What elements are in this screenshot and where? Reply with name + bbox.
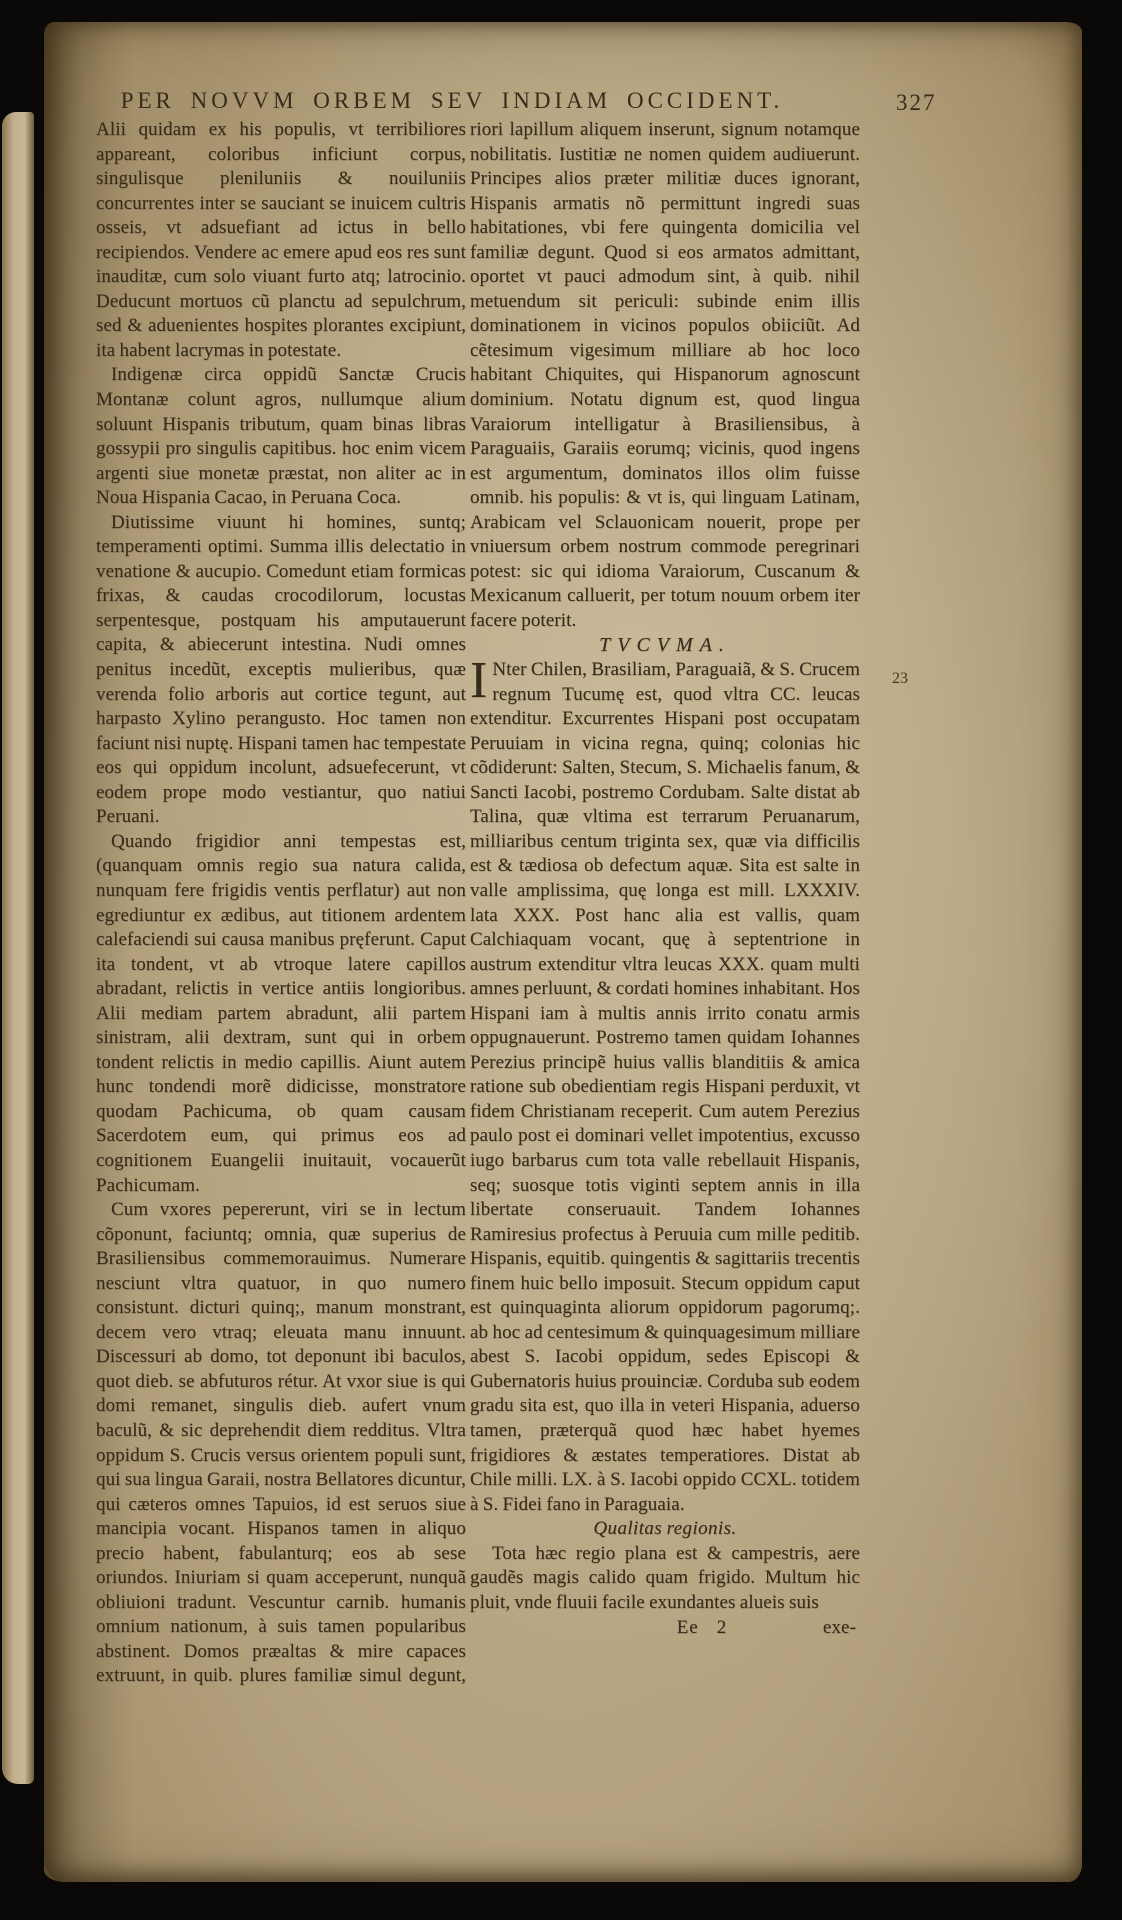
- signature-line: Ee2 exe-: [470, 1616, 860, 1641]
- book-page: PER NOVVM ORBEM SEV INDIAM OCCIDENT. 327…: [44, 22, 1082, 1882]
- paragraph: Diutissime viuunt hi homines, suntq; tem…: [96, 511, 466, 830]
- paragraph-continuation: riori lapillum aliquem inserunt, signum …: [470, 118, 860, 633]
- paragraph: Quando frigidior anni tempestas est, (qu…: [96, 830, 466, 1198]
- left-column: Alii quidam ex his populis, vt terribili…: [96, 118, 466, 1686]
- running-header: PER NOVVM ORBEM SEV INDIAM OCCIDENT.: [96, 88, 808, 114]
- paragraph: Cum vxores pepererunt, viri se in lectum…: [96, 1198, 466, 1686]
- paragraph-final: Tota hæc regio plana est & campestris, a…: [470, 1542, 860, 1616]
- section-heading-tucuma: TVCVMA.: [470, 633, 860, 658]
- catchword: exe-: [823, 1616, 856, 1641]
- subheading-qualitas: Qualitas regionis.: [470, 1517, 860, 1542]
- running-header-text: PER NOVVM ORBEM SEV INDIAM OCCIDENT.: [121, 88, 784, 113]
- paragraph-tucuma-text: Nter Chilen, Brasiliam, Paraguaiã, & S. …: [470, 659, 860, 1515]
- drop-cap: I: [470, 658, 492, 702]
- right-column: riori lapillum aliquem inserunt, signum …: [470, 118, 860, 1718]
- margin-note: 23: [892, 670, 908, 688]
- page-number: 327: [896, 90, 937, 116]
- book-scan: PER NOVVM ORBEM SEV INDIAM OCCIDENT. 327…: [0, 0, 1122, 1920]
- signature-mark: Ee2: [677, 1616, 728, 1641]
- paragraph: Indigenæ circa oppidũ Sanctæ Crucis Mont…: [96, 363, 466, 510]
- paragraph-tucuma: INter Chilen, Brasiliam, Paraguaiã, & S.…: [470, 658, 860, 1517]
- signature-number: 2: [717, 1617, 728, 1638]
- signature-letters: Ee: [677, 1617, 699, 1638]
- adjacent-page-edge: [2, 112, 34, 1784]
- paragraph: Alii quidam ex his populis, vt terribili…: [96, 118, 466, 363]
